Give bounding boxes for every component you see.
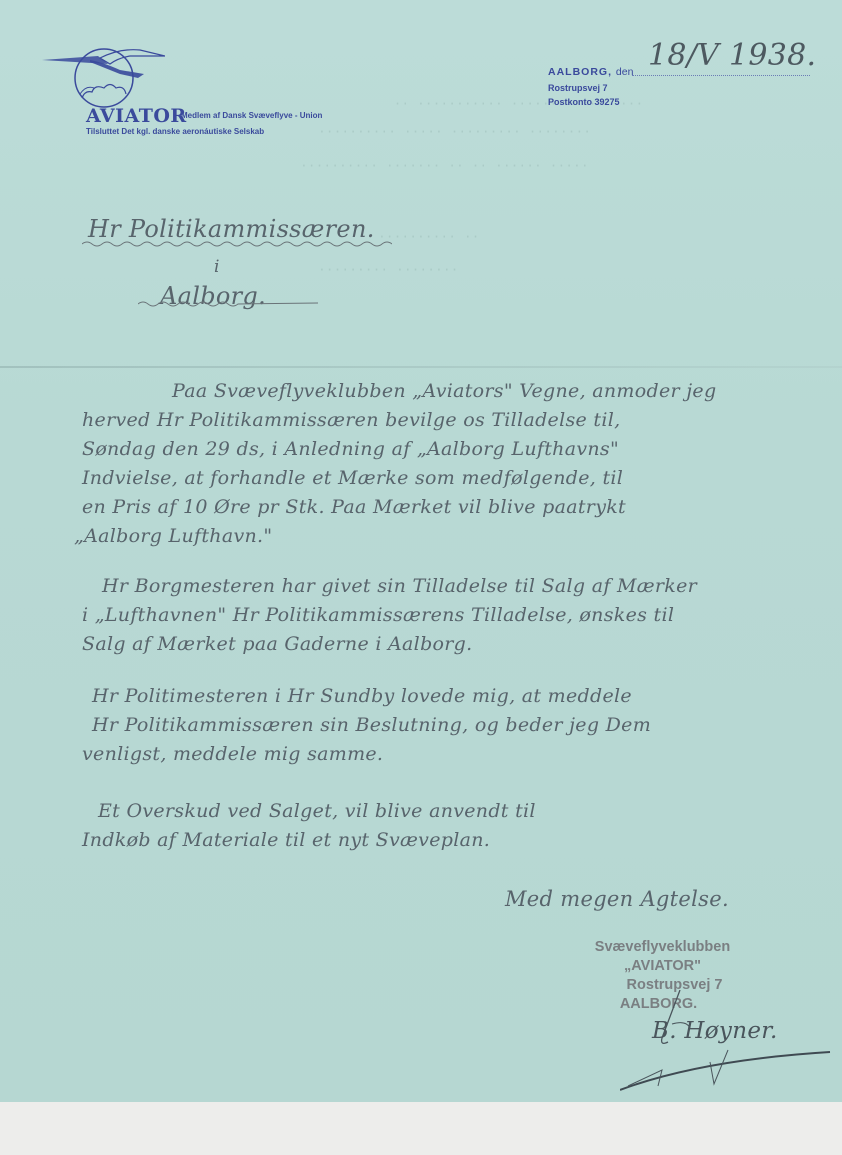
body-line: Salg af Mærket paa Gaderne i Aalborg. (82, 633, 827, 662)
street-address: Rostrupsvej 7 (548, 83, 608, 93)
body-paragraph-4: Et Overskud ved Salget, vil blive anvend… (82, 800, 827, 858)
paper-fold-line (0, 366, 842, 368)
body-line: Et Overskud ved Salget, vil blive anvend… (82, 800, 827, 829)
show-through-text: ·········· ····· ········· ········ (318, 124, 591, 139)
letter-paper: ·· ··········· ············ ···· ·······… (0, 0, 842, 1102)
signature-flourish (620, 990, 842, 1100)
addressee-preposition: i (214, 257, 220, 277)
body-line: Hr Borgmesteren har givet sin Tilladelse… (82, 575, 827, 604)
body-line: „Aalborg Lufthavn." (74, 525, 827, 554)
date-prefix: den (616, 66, 634, 78)
signature-name: B. Høyner. (652, 1018, 778, 1044)
city-dateline: AALBORG, den (548, 66, 633, 78)
body-paragraph-1: Paa Svæveflyveklubben „Aviators" Vegne, … (82, 380, 827, 554)
body-line: Indvielse, at forhandle et Mærke som med… (82, 467, 827, 496)
city-label: AALBORG, (548, 66, 612, 78)
body-paragraph-3: Hr Politimesteren i Hr Sundby lovede mig… (82, 685, 827, 772)
wavy-underline (82, 240, 392, 248)
stamp-line: Svæveflyveklubben (575, 938, 750, 957)
body-line: Hr Politimesteren i Hr Sundby lovede mig… (82, 685, 827, 714)
glider-emblem-icon (40, 42, 165, 110)
date-dotted-line (632, 75, 810, 76)
body-line: Indkøb af Materiale til et nyt Svæveplan… (82, 829, 827, 858)
addressee-title: Hr Politikammissæren. (88, 215, 375, 243)
scan-background (0, 1102, 842, 1155)
body-line: Hr Politikammissæren sin Beslutning, og … (82, 714, 827, 743)
show-through-text: ·········· ······· ·· ·· ······ ····· (300, 158, 589, 173)
stamp-line: „AVIATOR" (575, 957, 750, 976)
body-line: en Pris af 10 Øre pr Stk. Paa Mærket vil… (82, 496, 827, 525)
body-paragraph-2: Hr Borgmesteren har givet sin Tilladelse… (82, 575, 827, 662)
body-line: Paa Svæveflyveklubben „Aviators" Vegne, … (82, 380, 827, 409)
body-line: Søndag den 29 ds, i Anledning af „Aalbor… (82, 438, 827, 467)
show-through-text: ·········· ·· (378, 229, 479, 244)
body-line: herved Hr Politikammissæren bevilge os T… (82, 409, 827, 438)
show-through-text: ········· ········ (318, 262, 458, 277)
closing-salutation: Med megen Agtelse. (505, 887, 729, 911)
body-line: venligst, meddele mig samme. (82, 743, 827, 772)
handwritten-date: 18/V 1938. (648, 38, 816, 73)
wavy-underline (138, 300, 318, 308)
body-line: i „Lufthavnen" Hr Politikammissærens Til… (82, 604, 827, 633)
membership-text: Medlem af Dansk Svæveflyve - Union (181, 111, 322, 120)
brand-name: AVIATOR (86, 105, 187, 127)
affiliation-text: Tilsluttet Det kgl. danske aeronáutiske … (86, 127, 264, 136)
postal-account: Postkonto 39275 (548, 97, 620, 107)
